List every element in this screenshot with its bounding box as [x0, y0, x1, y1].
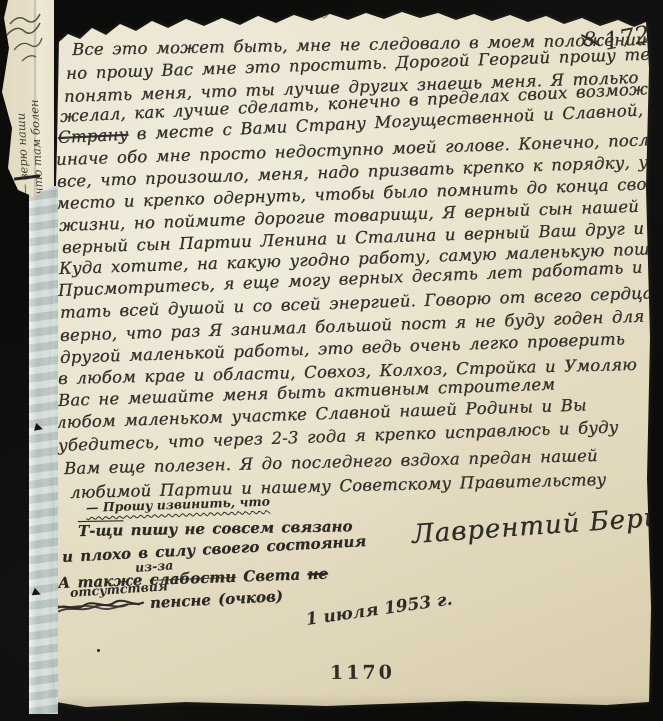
postscript-text: Света — [243, 566, 301, 586]
scribbled-out-word — [54, 595, 147, 616]
torn-edge-writing-fragment — [196, 4, 368, 22]
struck-out-word: не — [307, 565, 328, 584]
page-bottom-shadow — [46, 694, 658, 712]
letter-paper-wrap: 8 172 Все это может быть, мне не следова… — [46, 8, 658, 712]
abbreviation-comrades: Т-щи — [78, 521, 124, 540]
letter-date: 1 июля 1953 г. — [305, 590, 454, 630]
postscript-text: пенсне (очков) — [149, 587, 283, 612]
signature: Лаврентий Берия — [411, 501, 663, 550]
page-number-stamp: 1170 — [330, 661, 395, 684]
letter-paper: 8 172 Все это может быть, мне не следова… — [46, 8, 658, 712]
adjacent-page-scrap: — верю наши что там болен — [0, 0, 54, 198]
struck-out-word: Страну — [58, 125, 129, 147]
ink-speck — [97, 649, 100, 652]
binding-tape-strip — [29, 186, 58, 714]
